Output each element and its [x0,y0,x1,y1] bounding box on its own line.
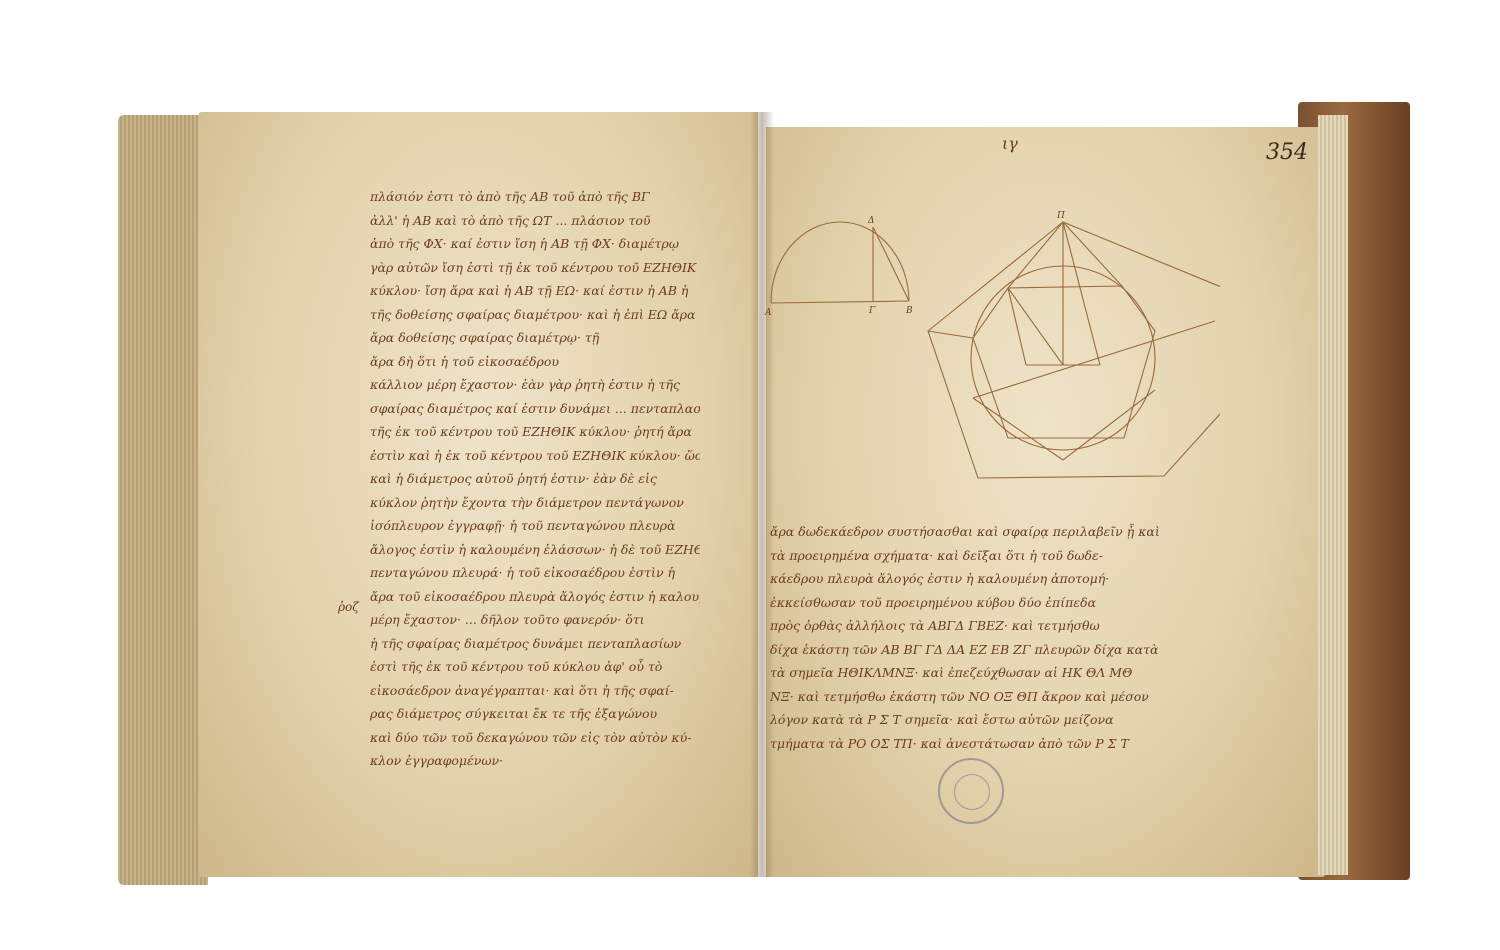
text-line: ἀπὸ τῆς ΦΧ· καί ἐστιν ἴση ἡ ΑΒ τῇ ΦΧ· δι… [370,232,700,256]
text-line: κύκλον ῥητὴν ἔχοντα τὴν διάμετρον πεντάγ… [370,491,700,515]
text-line: κάεδρου πλευρὰ ἄλογός ἐστιν ἡ καλουμένη … [770,567,1170,591]
svg-text:Δ: Δ [867,216,875,226]
page-edges-left [118,115,208,885]
running-head: ιγ [1002,134,1018,153]
text-line: κάλλιον μέρη ἔχαστον· ἐὰν γὰρ ῥητὴ ἐστιν… [370,373,700,397]
text-line: ἄρα δοθείσης σφαίρας διαμέτρῳ· τῇ [370,326,700,350]
right-page-text: ἄρα δωδεκάεδρον συστήσασθαι καὶ σφαίρᾳ π… [770,520,1170,755]
stamp-emblem [954,774,990,810]
text-line: ΝΞ· καὶ τετμήσθω ἑκάστη τῶν ΝΟ ΟΞ ΘΠ ἄκρ… [770,685,1170,709]
text-line: καὶ δύο τῶν τοῦ δεκαγώνου τῶν εἰς τὸν αὐ… [370,726,700,750]
margin-note: ῥοζ [338,600,359,614]
text-line: πρὸς ὀρθὰς ἀλλήλοις τὰ ΑΒΓΔ ΓΒΕΖ· καὶ τε… [770,614,1170,638]
text-line: τῆς ἐκ τοῦ κέντρου τοῦ ΕΖΗΘΙΚ κύκλου· ῥη… [370,420,700,444]
text-line: δίχα ἑκάστη τῶν ΑΒ ΒΓ ΓΔ ΔΑ ΕΖ ΕΒ ΖΓ πλε… [770,638,1170,662]
text-line: τὰ προειρημένα σχήματα· καὶ δεῖξαι ὅτι ἡ… [770,544,1170,568]
text-line: τῆς δοθείσης σφαίρας διαμέτρου· καὶ ἡ ἐπ… [370,303,700,327]
text-line: ἄρα δὴ ὅτι ἡ τοῦ εἰκοσαέδρου [370,350,700,374]
text-line: κύκλου· ἴση ἄρα καὶ ἡ ΑΒ τῇ ΕΩ· καί ἐστι… [370,279,700,303]
text-line: τὰ σημεῖα ΗΘΙΚΛΜΝΞ· καὶ ἐπεζεύχθωσαν αἱ … [770,661,1170,685]
left-page-text: πλάσιόν ἐστι τὸ ἀπὸ τῆς ΑΒ τοῦ ἀπὸ τῆς Β… [370,185,700,773]
folio-number: 354 [1266,140,1308,165]
text-line: πενταγώνου πλευρά· ἡ τοῦ εἰκοσαέδρου ἐστ… [370,561,700,585]
text-line: μέρη ἔχαστον· ... δῆλον τοῦτο φανερόν· ὅ… [370,608,700,632]
page-edges-right [1318,115,1348,875]
text-line: ἄρα τοῦ εἰκοσαέδρου πλευρὰ ἄλογός ἐστιν … [370,585,700,609]
svg-text:Γ: Γ [868,306,876,316]
text-line: λόγον κατὰ τὰ Ρ Σ Τ σημεῖα· καὶ ἔστω αὐτ… [770,708,1170,732]
text-line: ἄλογος ἐστὶν ἡ καλουμένη ἐλάσσων· ἡ δὲ τ… [370,538,700,562]
text-line: ἡ τῆς σφαίρας διαμέτρος δυνάμει πενταπλα… [370,632,700,656]
geometric-diagram: Π Δ Α Γ Β [760,200,1220,500]
svg-text:Β: Β [905,306,913,316]
text-line: ἀλλ' ἡ ΑΒ καὶ τὸ ἀπὸ τῆς ΩΤ ... πλάσιον … [370,209,700,233]
svg-text:Π: Π [1056,211,1065,221]
text-line: ἐστὶ τῆς ἐκ τοῦ κέντρου τοῦ κύκλου ἀφ' ο… [370,655,700,679]
text-line: καὶ ἡ διάμετρος αὐτοῦ ῥητή ἐστιν· ἐὰν δὲ… [370,467,700,491]
text-line: ἰσόπλευρον ἐγγραφῇ· ἡ τοῦ πενταγώνου πλε… [370,514,700,538]
text-line: κλον ἐγγραφομένων· [370,749,700,773]
semicircle-arc [771,222,909,303]
text-line: γὰρ αὐτῶν ἴση ἐστὶ τῇ ἐκ τοῦ κέντρου τοῦ… [370,256,700,280]
text-line: ἐκκείσθωσαν τοῦ προειρημένου κύβου δύο ἐ… [770,591,1170,615]
text-line: σφαίρας διαμέτρος καί ἐστιν δυνάμει ... … [370,397,700,421]
svg-text:Α: Α [764,308,772,318]
text-line: ἐστὶν καὶ ἡ ἐκ τοῦ κέντρου τοῦ ΕΖΗΘΙΚ κύ… [370,444,700,468]
text-line: ἄρα δωδεκάεδρον συστήσασθαι καὶ σφαίρᾳ π… [770,520,1170,544]
text-line: τμήματα τὰ ΡΟ ΟΣ ΤΠ· καὶ ἀνεστάτωσαν ἀπὸ… [770,732,1170,756]
text-line: ρας διάμετρος σύγκειται ἔκ τε τῆς ἑξαγών… [370,702,700,726]
text-line: πλάσιόν ἐστι τὸ ἀπὸ τῆς ΑΒ τοῦ ἀπὸ τῆς Β… [370,185,700,209]
text-line: εἰκοσάεδρον ἀναγέγραπται· καὶ ὅτι ἡ τῆς … [370,679,700,703]
library-stamp [938,758,1004,824]
